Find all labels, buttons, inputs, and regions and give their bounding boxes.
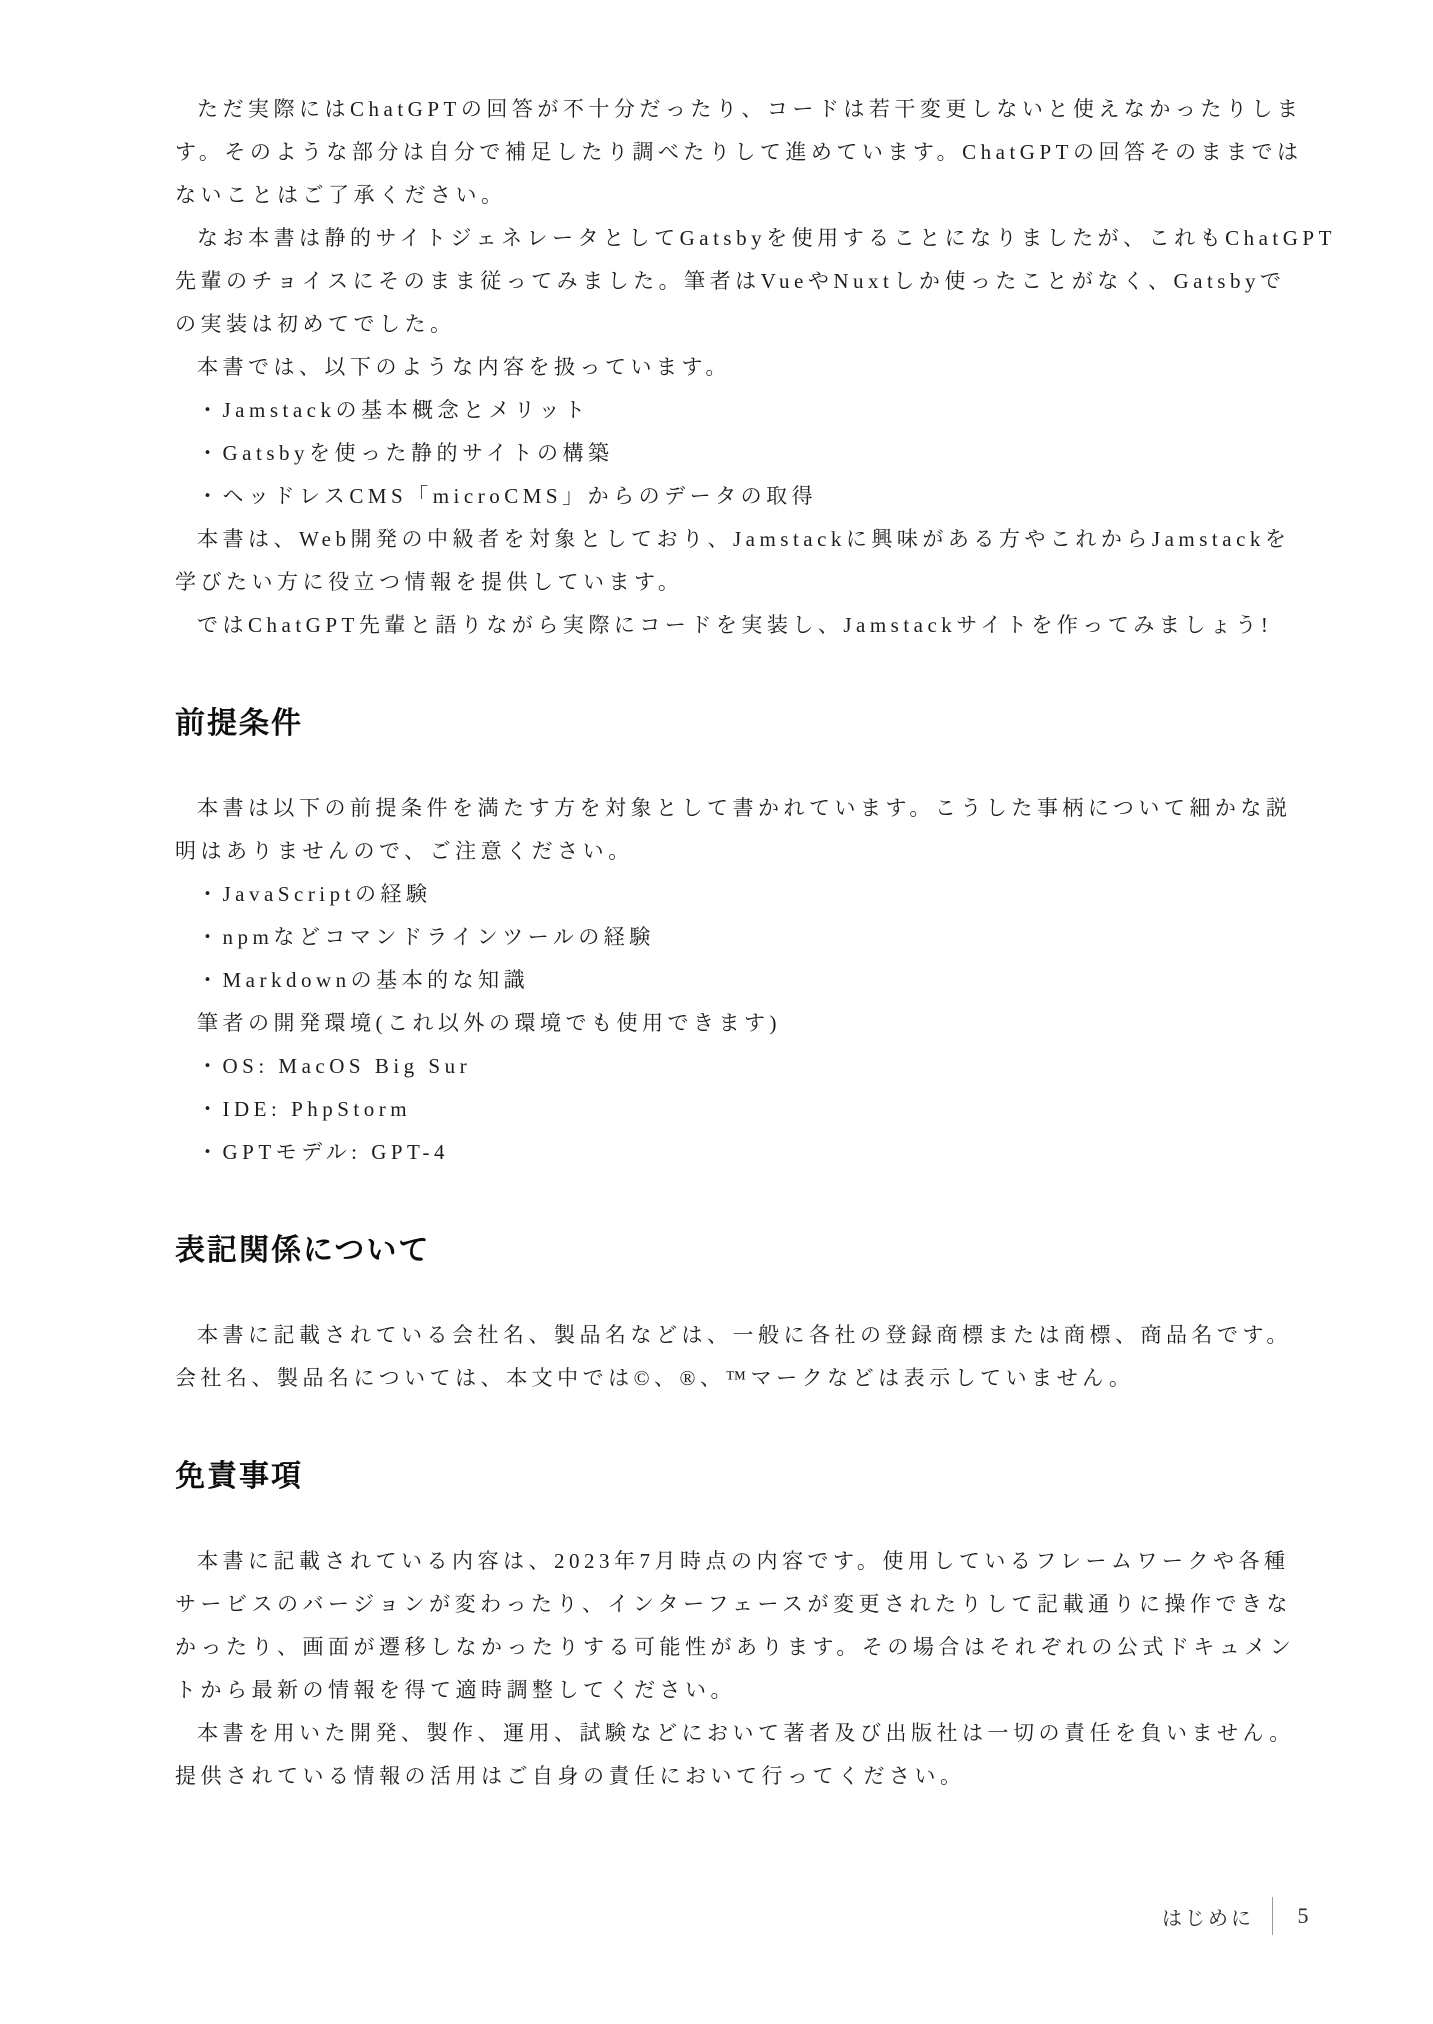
page-content: ただ実際にはChatGPTの回答が不十分だったり、コードは若干変更しないと使えな… [175, 88, 1320, 1798]
bullet-item: ・ヘッドレスCMS「microCMS」からのデータの取得 [175, 475, 1320, 518]
paragraph-line: かったり、画面が遷移しなかったりする可能性があります。その場合はそれぞれの公式ド… [175, 1626, 1320, 1669]
bullet-item: ・Markdownの基本的な知識 [175, 959, 1320, 1002]
paragraph-line: す。そのような部分は自分で補足したり調べたりして進めています。ChatGPTの回… [175, 131, 1320, 174]
bullet-item: ・Jamstackの基本概念とメリット [175, 389, 1320, 432]
paragraph-line: なお本書は静的サイトジェネレータとしてGatsbyを使用することになりましたが、… [175, 217, 1320, 260]
section-heading-prerequisites: 前提条件 [175, 705, 1320, 743]
paragraph-line: 本書に記載されている会社名、製品名などは、一般に各社の登録商標または商標、商品名… [175, 1314, 1320, 1357]
paragraph-line: 本書では、以下のような内容を扱っています。 [175, 346, 1320, 389]
footer-section-label: はじめに [1162, 1902, 1254, 1931]
bullet-item: ・IDE: PhpStorm [175, 1088, 1320, 1131]
paragraph-line: 本書を用いた開発、製作、運用、試験などにおいて著者及び出版社は一切の責任を負いま… [175, 1712, 1320, 1755]
paragraph-line: 提供されている情報の活用はご自身の責任において行ってください。 [175, 1755, 1320, 1798]
paragraph-line: ではChatGPT先輩と語りながら実際にコードを実装し、Jamstackサイトを… [175, 604, 1320, 647]
section-heading-disclaimer: 免責事項 [175, 1458, 1320, 1496]
paragraph-line: 学びたい方に役立つ情報を提供しています。 [175, 561, 1320, 604]
page-footer: はじめに 5 [1162, 1896, 1311, 1936]
footer-divider [1272, 1897, 1273, 1935]
book-page: ただ実際にはChatGPTの回答が不十分だったり、コードは若干変更しないと使えな… [0, 0, 1433, 2024]
footer-page-number: 5 [1295, 1903, 1311, 1929]
paragraph-line: サービスのバージョンが変わったり、インターフェースが変更されたりして記載通りに操… [175, 1583, 1320, 1626]
paragraph-line: の実装は初めてでした。 [175, 303, 1320, 346]
paragraph-line: 本書は、Web開発の中級者を対象としており、Jamstackに興味がある方やこれ… [175, 518, 1320, 561]
bullet-item: ・npmなどコマンドラインツールの経験 [175, 916, 1320, 959]
bullet-item: ・Gatsbyを使った静的サイトの構築 [175, 432, 1320, 475]
bullet-item: ・JavaScriptの経験 [175, 873, 1320, 916]
bullet-item: ・OS: MacOS Big Sur [175, 1045, 1320, 1088]
paragraph-line: 先輩のチョイスにそのまま従ってみました。筆者はVueやNuxtしか使ったことがな… [175, 260, 1320, 303]
section-heading-notation: 表記関係について [175, 1232, 1320, 1270]
paragraph-line: 本書に記載されている内容は、2023年7月時点の内容です。使用しているフレームワ… [175, 1540, 1320, 1583]
paragraph-line: 明はありませんので、ご注意ください。 [175, 830, 1320, 873]
paragraph-line: 会社名、製品名については、本文中では©、®、™マークなどは表示していません。 [175, 1357, 1320, 1400]
paragraph-line: ないことはご了承ください。 [175, 174, 1320, 217]
paragraph-line: 本書は以下の前提条件を満たす方を対象として書かれています。こうした事柄について細… [175, 787, 1320, 830]
paragraph-line: 筆者の開発環境(これ以外の環境でも使用できます) [175, 1002, 1320, 1045]
bullet-item: ・GPTモデル: GPT-4 [175, 1131, 1320, 1174]
paragraph-line: トから最新の情報を得て適時調整してください。 [175, 1669, 1320, 1712]
paragraph-line: ただ実際にはChatGPTの回答が不十分だったり、コードは若干変更しないと使えな… [175, 88, 1320, 131]
